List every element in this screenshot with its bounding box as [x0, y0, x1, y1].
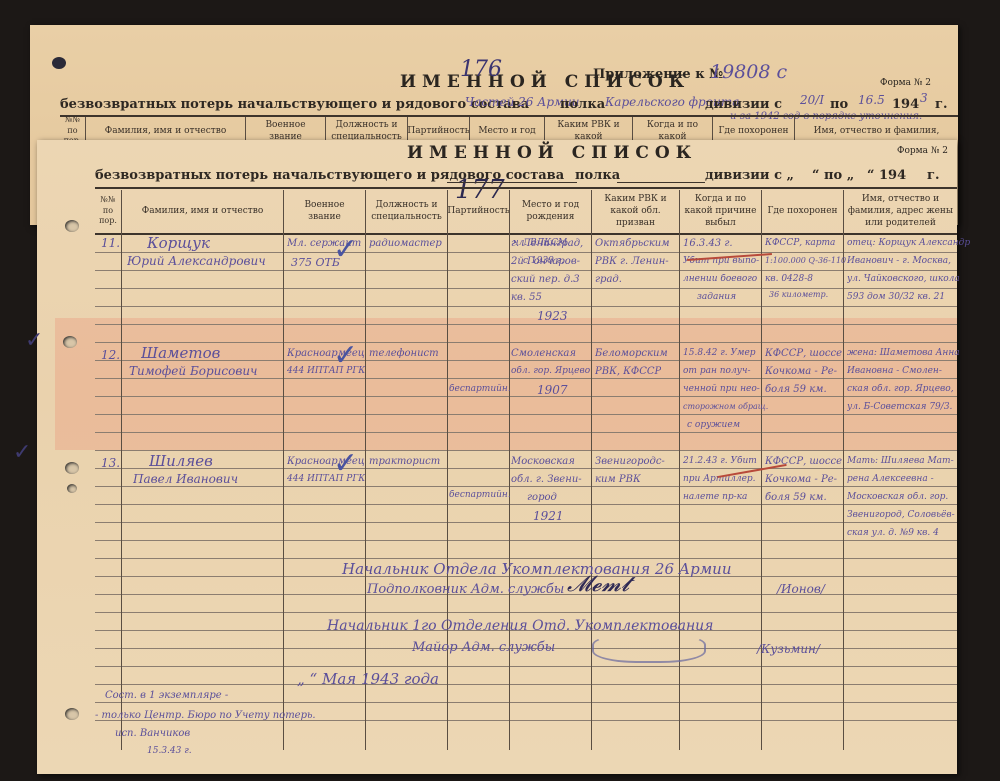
burial-line: 1:100.000 Q-36-110	[765, 256, 846, 265]
col-draft: Каким РВК и какой обл. призван	[591, 190, 679, 232]
kin-line: Иванович - г. Москва,	[847, 256, 951, 266]
party: беспартийн.	[449, 384, 511, 394]
col-num: №№ по пор.	[95, 190, 121, 232]
given-names: Павел Иванович	[133, 472, 238, 486]
kin-line: 593 дом 30/32 кв. 21	[847, 292, 945, 302]
birth-line: Смоленская	[511, 348, 576, 359]
burial-line: Кочкома - Ре-	[765, 474, 837, 485]
kin-line: Ивановна - Смолен-	[847, 366, 942, 376]
position: телефонист	[369, 348, 439, 359]
front-year-end: г.	[927, 168, 940, 183]
birth-line: кв. 55	[511, 292, 542, 303]
draft-line: РВК г. Ленин-	[595, 256, 669, 267]
unit-blank	[447, 182, 577, 183]
col-party: Партийность	[447, 190, 509, 232]
front-polka-label: полка	[575, 168, 620, 183]
kin-line: отец: Корщук Александр	[847, 238, 970, 248]
front-header-rule	[95, 187, 957, 189]
party: беспартийн.	[449, 490, 511, 500]
col-burial: Где похоронен	[761, 190, 843, 232]
back-date-from: 20/I	[800, 93, 824, 107]
punch-hole	[65, 220, 79, 232]
birth-year: 1907	[537, 383, 568, 397]
table-header-rule	[95, 233, 957, 235]
footnote-line: исп. Ванчиков	[115, 728, 190, 739]
departure-line: 21.2.43 г. Убит	[683, 456, 757, 466]
checkmark-icon: ✓	[25, 328, 43, 353]
back-po-label: по	[830, 97, 848, 112]
back-division-label: дивизии с	[705, 97, 782, 112]
birth-line: обл. г. Звени-	[511, 474, 582, 485]
col-name: Фамилия, имя и отчество	[121, 190, 283, 232]
draft-line: ким РВК	[595, 474, 641, 485]
footnote-line: Сост. в 1 экземпляре -	[105, 690, 228, 701]
front-po-label: “ по „	[812, 168, 854, 183]
punch-hole	[65, 462, 79, 474]
kin-line: Московская обл. гор.	[847, 492, 948, 502]
back-year-suffix: 3	[920, 91, 928, 105]
col-kin: Имя, отчество и фамилия, адрес жены или …	[843, 190, 957, 232]
birth-line: обл. гор. Ярцево	[511, 366, 590, 376]
attachment-number: 19808 с	[710, 61, 787, 83]
kin-line: ул. Чайковского, школа	[847, 274, 960, 284]
col-rank: Военное звание	[283, 190, 365, 232]
position: радиомастер	[369, 238, 442, 249]
signature-name-2: /Кузьмин/	[757, 642, 820, 656]
birth-line: Московская	[511, 456, 575, 467]
departure-line: 15.8.42 г. Умер	[683, 348, 756, 358]
draft-line: град.	[595, 274, 622, 285]
signature-name-1: /Ионов/	[777, 582, 825, 596]
checkmark-icon: ✓	[333, 232, 358, 267]
birth-year: 1923	[537, 309, 568, 323]
front-sheet-title: ИМЕННОЙ СПИСОК	[407, 143, 697, 163]
checkmark-icon: ✓	[13, 440, 31, 465]
signature-rank-1: Подполковник Адм. службы	[367, 582, 564, 597]
given-names: Тимофей Борисович	[129, 364, 258, 378]
departure-line: 16.3.43 г.	[683, 238, 733, 249]
burial-line: 36 километр.	[769, 290, 828, 299]
kin-line: Звенигород, Соловьёв-	[847, 510, 955, 520]
front-sheet: ИМЕННОЙ СПИСОК 177 Форма № 2 безвозвратн…	[37, 140, 957, 774]
signature-title-1: Начальник Отдела Укомплектования 26 Арми…	[342, 560, 732, 578]
birth-line: город	[527, 492, 557, 503]
departure-line: от ран получ-	[683, 366, 751, 376]
col-position: Должность и специальность	[365, 190, 447, 232]
back-year-prefix: 194	[892, 97, 919, 112]
front-form-label: Форма № 2	[897, 146, 948, 156]
punch-hole	[67, 484, 77, 493]
kin-line: ул. Б-Советская 79/3.	[847, 402, 952, 412]
kin-line: Мать: Шиляева Мат-	[847, 456, 954, 466]
draft-line: Звенигородс-	[595, 456, 665, 467]
col-departure: Когда и по какой причине выбыл	[679, 190, 761, 232]
surname: Шиляев	[149, 452, 213, 470]
back-archive-stamp: 176	[460, 57, 502, 82]
footnote-line: - только Центр. Бюро по Учету потерь.	[95, 710, 316, 721]
front-blank	[617, 182, 705, 183]
footnote-line: 15.3.43 г.	[147, 746, 192, 756]
col-birth: Место и год рождения	[509, 190, 591, 232]
punch-hole	[52, 57, 66, 69]
row-number: 13.	[101, 456, 120, 470]
back-polka-label: полка	[560, 97, 605, 112]
back-subtitle: безвозвратных потерь начальствующего и р…	[60, 97, 529, 112]
draft-line: РВК, КФССР	[595, 366, 661, 377]
birth-line: г. Ленинград,	[511, 238, 583, 249]
back-date-to: 16.5	[858, 93, 885, 107]
departure-line: с оружием	[687, 420, 740, 430]
kin-line: рена Алексеевна -	[847, 474, 934, 484]
draft-line: Октябрьским	[595, 238, 670, 249]
punch-hole	[63, 336, 77, 348]
surname: Шаметов	[141, 344, 220, 362]
surname: Корщук	[147, 234, 210, 252]
attachment-label: Приложение к №	[593, 67, 723, 82]
burial-line: КФССР, карта	[765, 238, 835, 248]
burial-line: КФССР, шоссе	[765, 348, 842, 359]
kin-line: ская обл. гор. Ярцево,	[847, 384, 954, 394]
signature-scribble-1: 𝓜𝓮𝓶𝓽	[567, 572, 629, 597]
burial-line: кв. 0428-8	[765, 274, 813, 284]
burial-line: Кочкома - Ре-	[765, 366, 837, 377]
draft-line: Беломорским	[595, 348, 668, 359]
front-column-headers: №№ по пор. Фамилия, имя и отчество Военн…	[95, 190, 957, 232]
signature-rank-2: Майор Адм. службы	[412, 640, 555, 655]
front-year-label: “ 194	[867, 168, 906, 183]
document-date: „ “ Мая 1943 года	[297, 670, 439, 688]
front-division-label: дивизии с „	[705, 168, 794, 183]
birth-line: 2й Гончаров-	[511, 256, 580, 267]
birth-line: ский пер. д.3	[511, 274, 580, 285]
burial-line: боля 59 км.	[765, 384, 827, 395]
departure-line: лнении боевого	[683, 274, 757, 284]
departure-line: сторожном обращ.	[683, 402, 768, 411]
departure-line: налете пр-ка	[683, 492, 747, 502]
burial-line: КФССР, шоссе	[765, 456, 842, 467]
checkmark-icon: ✓	[333, 338, 358, 373]
punch-hole	[65, 708, 79, 720]
given-names: Юрий Александрович	[127, 254, 266, 268]
back-year-end: г.	[935, 97, 948, 112]
birth-year: 1921	[533, 509, 564, 523]
position: тракторист	[369, 456, 440, 467]
departure-line: ченной при нео-	[683, 384, 760, 394]
kin-line: ская ул. д. №9 кв. 4	[847, 528, 939, 538]
checkmark-icon: ✓	[333, 446, 358, 481]
kin-line: жена: Шаметова Анна	[847, 348, 960, 358]
signature-title-2: Начальник 1го Отделения Отд. Укомплектов…	[327, 618, 713, 634]
back-form-label: Форма № 2	[880, 78, 931, 88]
burial-line: боля 59 км.	[765, 492, 827, 503]
departure-line: задания	[697, 292, 736, 302]
row-number: 12.	[101, 348, 120, 362]
front-subtitle: безвозвратных потерь начальствующего и р…	[95, 168, 564, 183]
row-number: 11.	[101, 236, 120, 250]
signature-scribble-2	[592, 633, 706, 663]
